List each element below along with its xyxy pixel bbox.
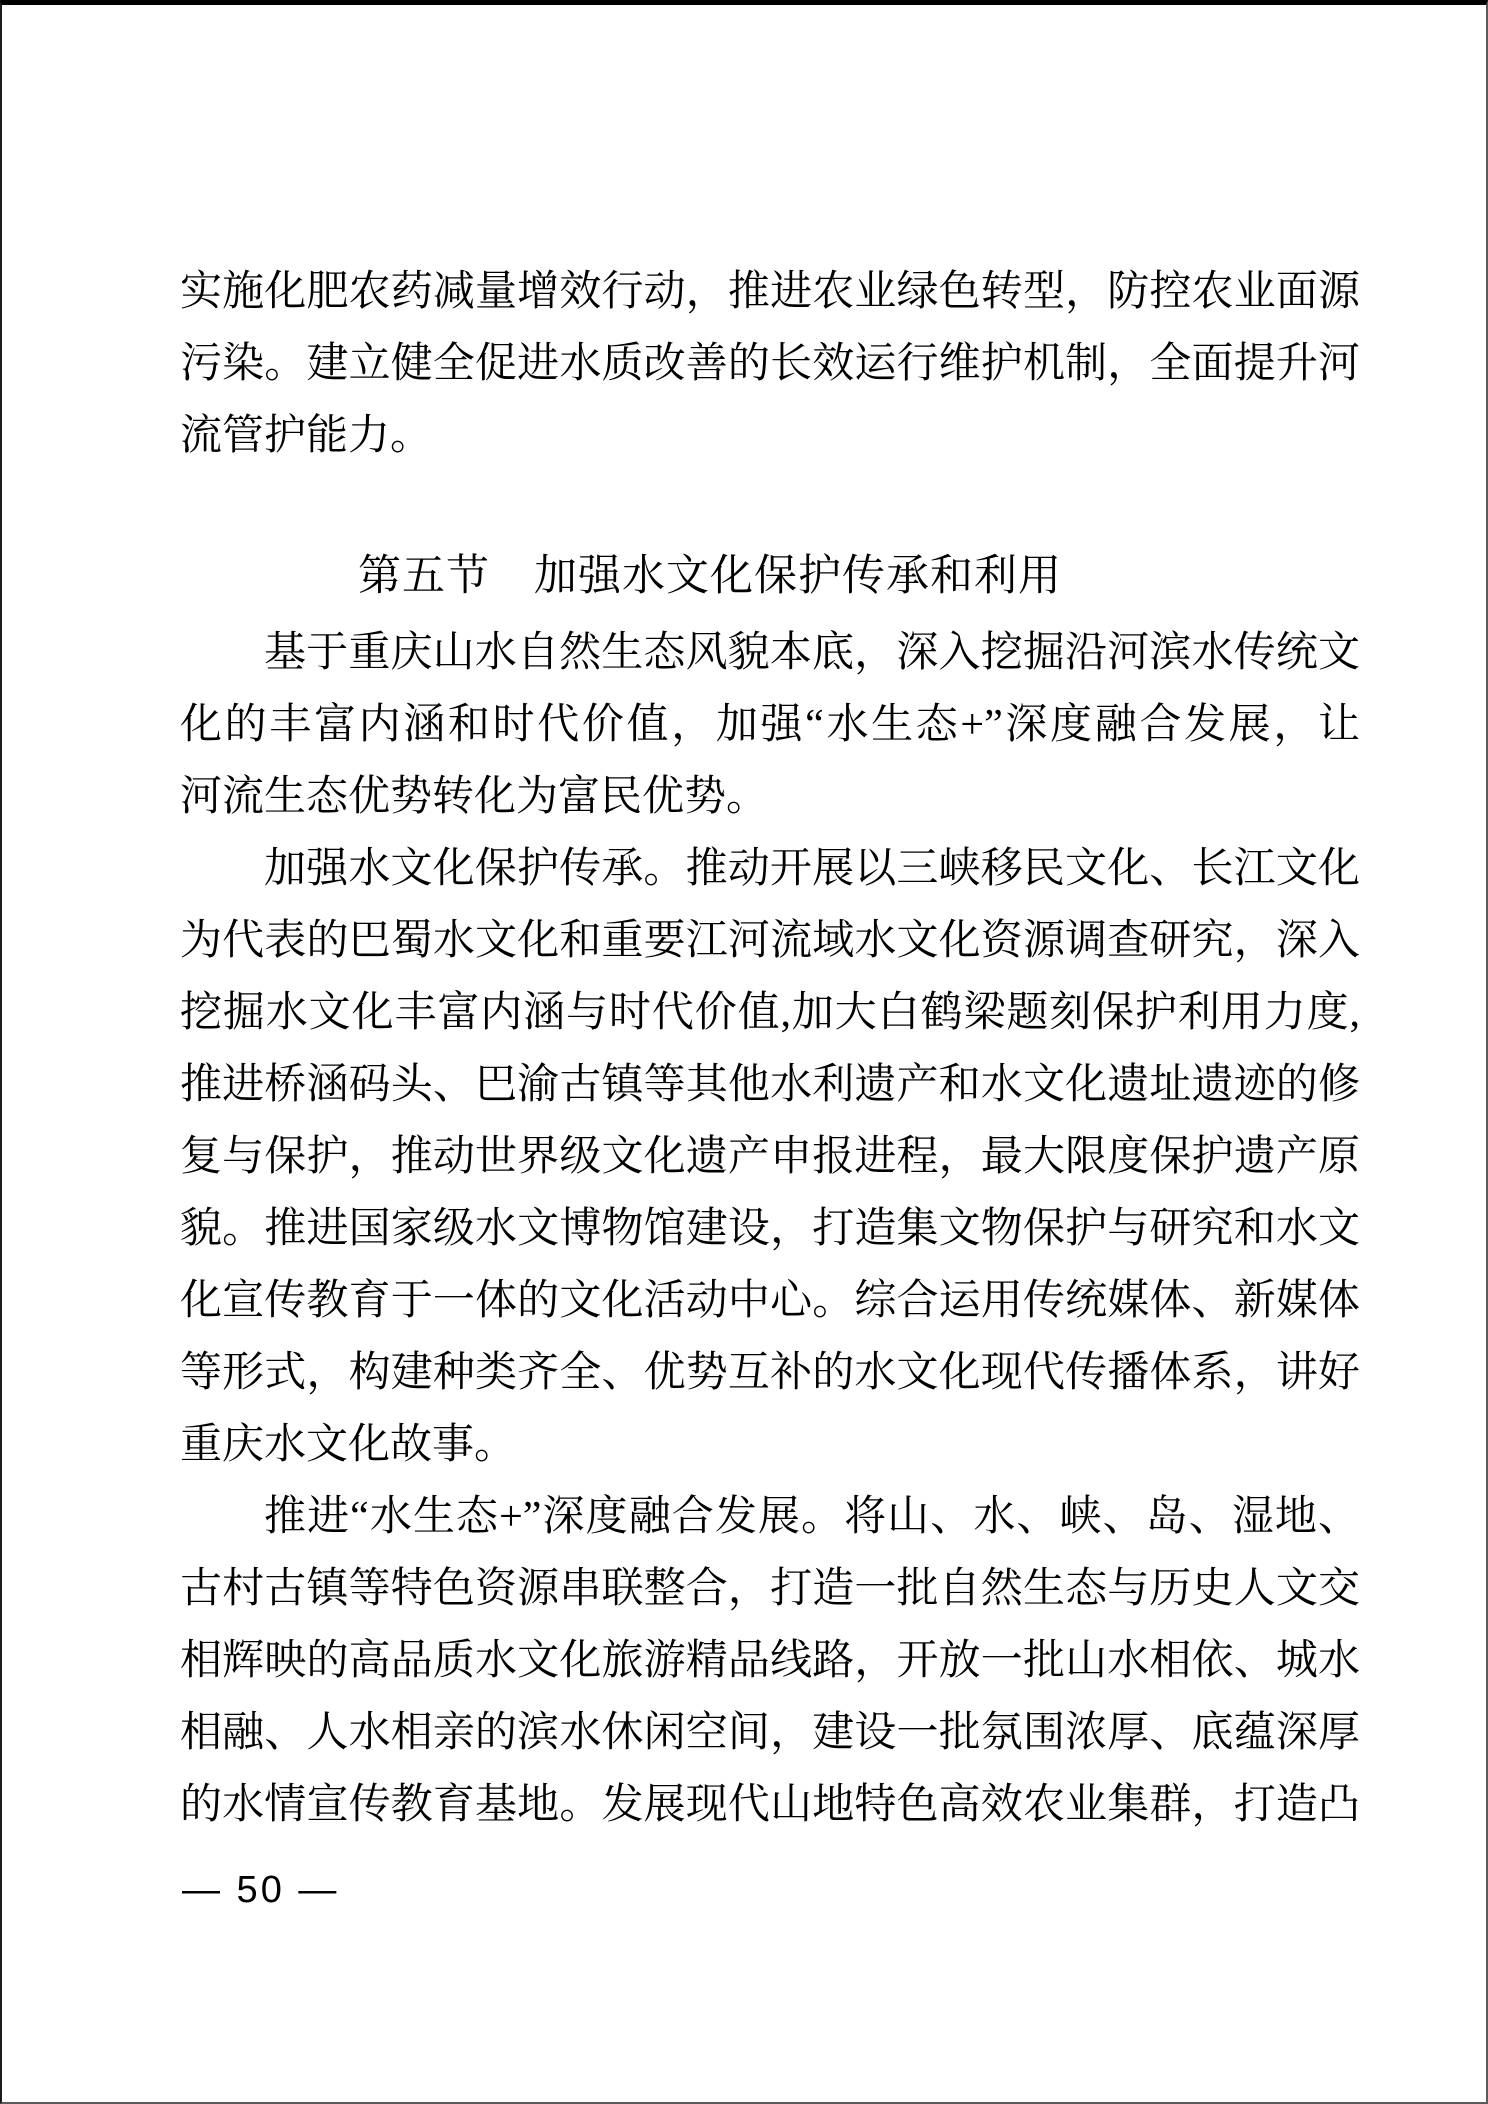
document-page: 实施化肥农药减量增效行动，推进农业绿色转型，防控农业面源 污染。建立健全促进水质… <box>0 0 1488 2104</box>
page-number: — 50 — <box>182 1869 339 1912</box>
body-line: 污染。建立健全促进水质改善的长效运行维护机制，全面提升河 <box>180 328 1360 400</box>
body-line: 流管护能力。 <box>180 400 1360 472</box>
body-line: 重庆水文化故事。 <box>180 1409 1360 1481</box>
body-line: 的水情宣传教育基地。发展现代山地特色高效农业集群，打造凸 <box>180 1769 1360 1841</box>
body-line: 实施化肥农药减量增效行动，推进农业绿色转型，防控农业面源 <box>180 256 1360 328</box>
body-line: 推进桥涵码头、巴渝古镇等其他水利遗产和水文化遗址遗迹的修 <box>180 1049 1360 1121</box>
body-line: 相辉映的高品质水文化旅游精品线路，开放一批山水相依、城水 <box>180 1625 1360 1697</box>
body-line: 基于重庆山水自然生态风貌本底，深入挖掘沿河滨水传统文 <box>180 617 1360 689</box>
document-body: 实施化肥农药减量增效行动，推进农业绿色转型，防控农业面源 污染。建立健全促进水质… <box>180 256 1360 1841</box>
section-heading: 第五节 加强水文化保护传承和利用 <box>180 541 1360 613</box>
body-line: 复与保护，推动世界级文化遗产申报进程，最大限度保护遗产原 <box>180 1121 1360 1193</box>
body-line: 化宣传教育于一体的文化活动中心。综合运用传统媒体、新媒体 <box>180 1265 1360 1337</box>
body-line: 化的丰富内涵和时代价值，加强“水生态+”深度融合发展，让 <box>180 689 1360 761</box>
body-line: 为代表的巴蜀水文化和重要江河流域水文化资源调查研究，深入 <box>180 905 1360 977</box>
body-line: 古村古镇等特色资源串联整合，打造一批自然生态与历史人文交 <box>180 1553 1360 1625</box>
body-line: 河流生态优势转化为富民优势。 <box>180 761 1360 833</box>
body-line: 貌。推进国家级水文博物馆建设，打造集文物保护与研究和水文 <box>180 1193 1360 1265</box>
body-line: 推进“水生态+”深度融合发展。将山、水、峡、岛、湿地、 <box>180 1481 1360 1553</box>
body-line: 挖掘水文化丰富内涵与时代价值,加大白鹤梁题刻保护利用力度, <box>180 977 1360 1049</box>
body-line: 等形式，构建种类齐全、优势互补的水文化现代传播体系，讲好 <box>180 1337 1360 1409</box>
body-line: 相融、人水相亲的滨水休闲空间，建设一批氛围浓厚、底蕴深厚 <box>180 1697 1360 1769</box>
body-line: 加强水文化保护传承。推动开展以三峡移民文化、长江文化 <box>180 833 1360 905</box>
